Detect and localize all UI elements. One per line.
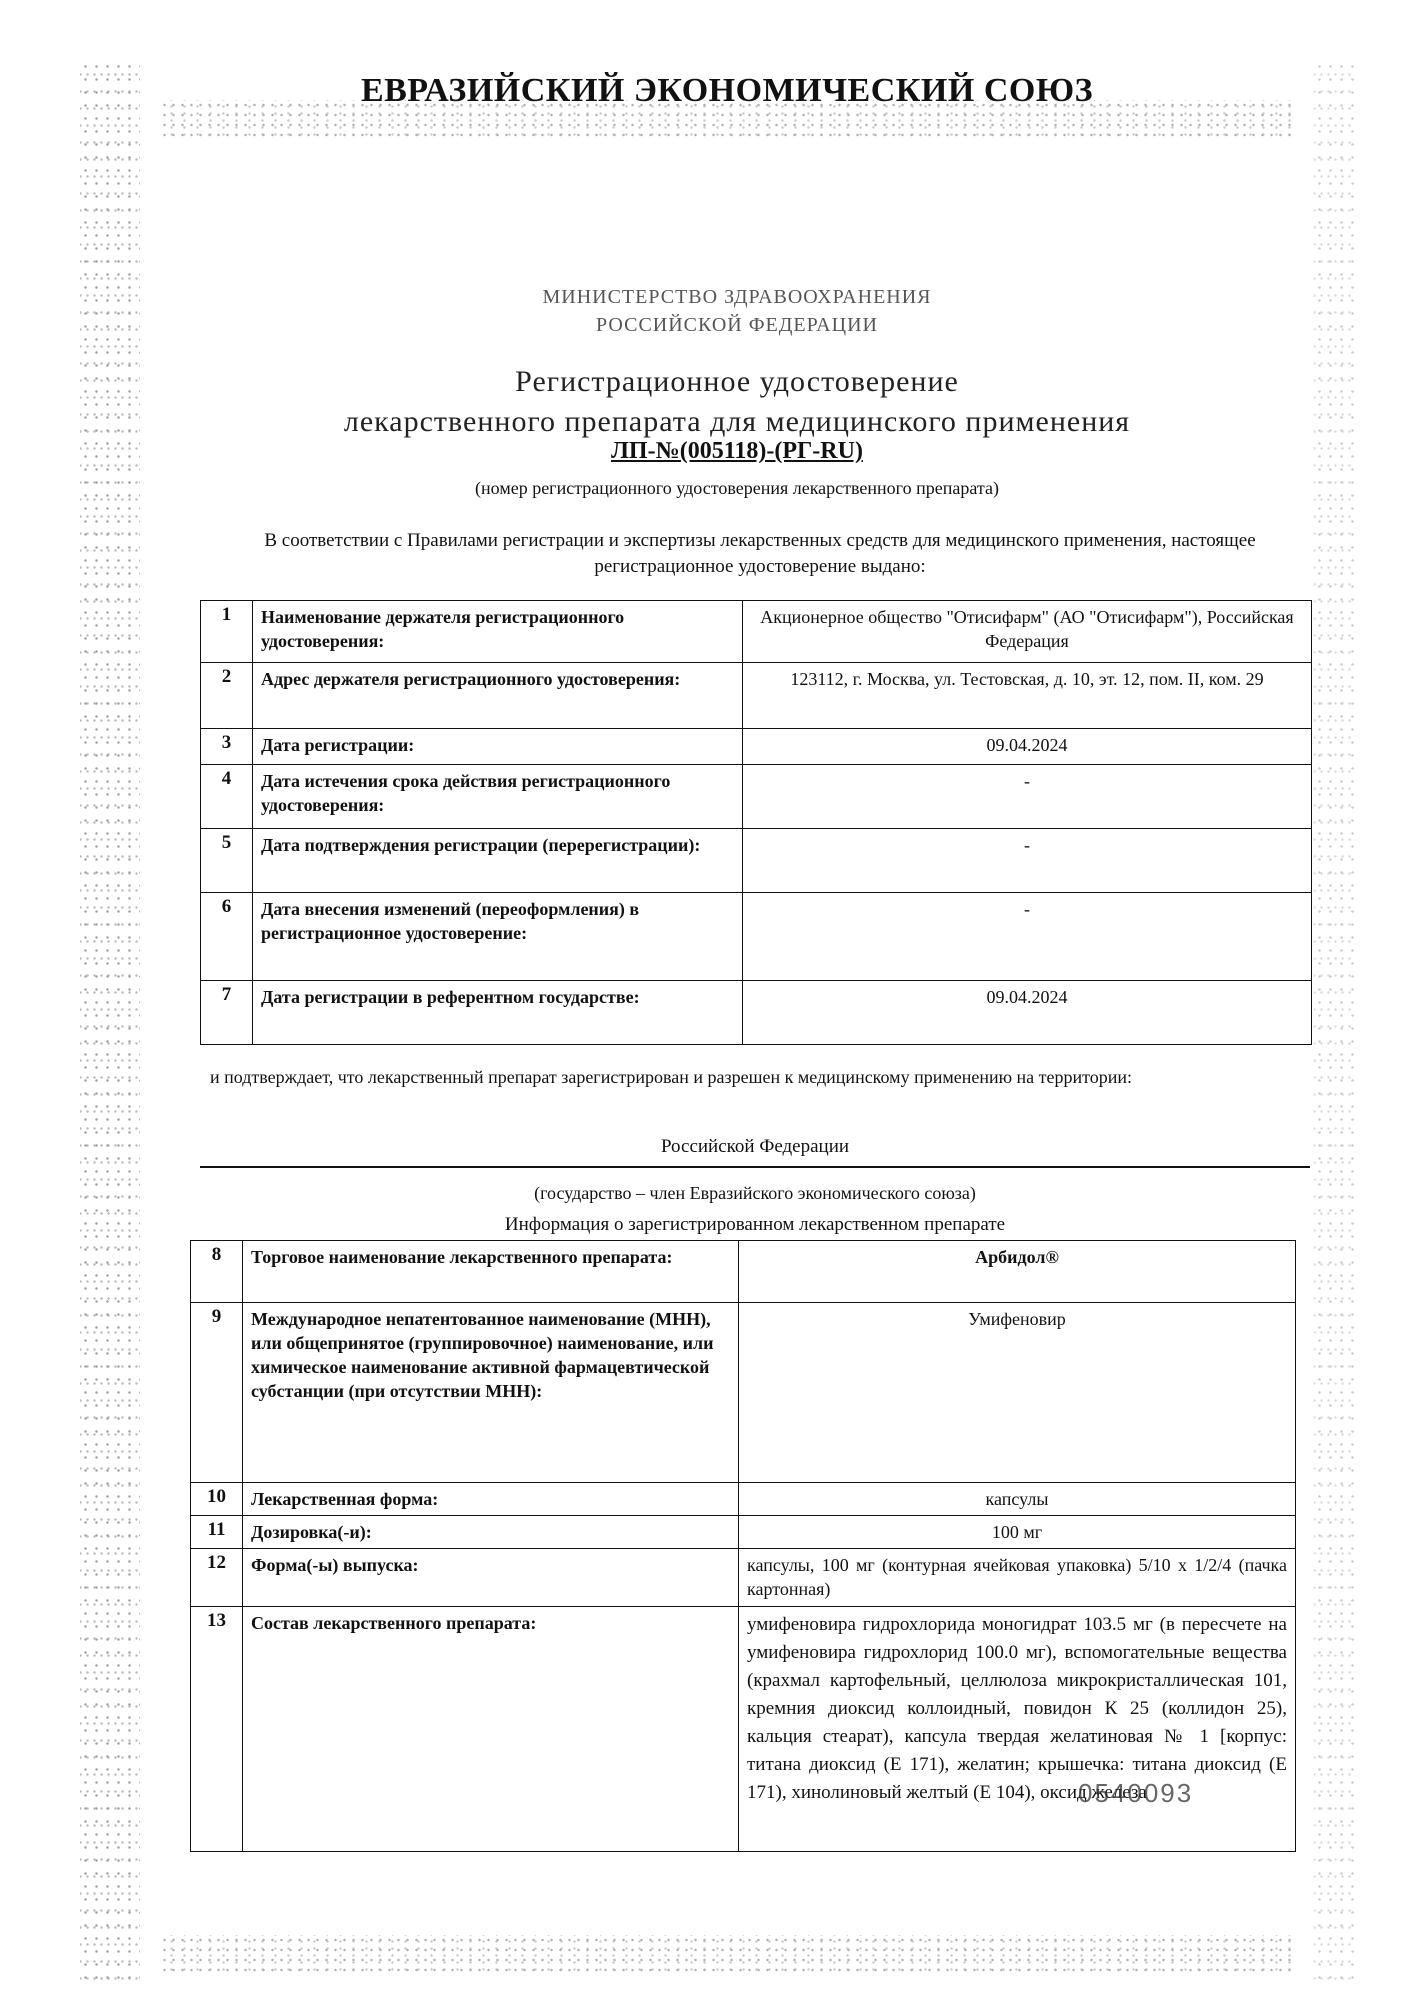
table-row: 10 Лекарственная форма: капсулы [191, 1483, 1296, 1516]
decorative-border-left [80, 60, 140, 1980]
table-row: 2 Адрес держателя регистрационного удост… [201, 663, 1312, 729]
row-value: 100 мг [739, 1516, 1296, 1549]
row-number: 8 [191, 1241, 243, 1303]
table-row: 6 Дата внесения изменений (переоформлени… [201, 893, 1312, 981]
table-row: 3 Дата регистрации: 09.04.2024 [201, 729, 1312, 765]
drug-info-table: 8 Торговое наименование лекарственного п… [190, 1240, 1296, 1852]
row-number: 13 [191, 1607, 243, 1852]
row-value: 123112, г. Москва, ул. Тестовская, д. 10… [743, 663, 1312, 729]
table-row: 13 Состав лекарственного препарата: умиф… [191, 1607, 1296, 1852]
row-number: 12 [191, 1549, 243, 1607]
ministry-name: МИНИСТЕРСТВО ЗДРАВООХРАНЕНИЯ РОССИЙСКОЙ … [0, 283, 1414, 339]
row-label: Торговое наименование лекарственного пре… [243, 1241, 739, 1303]
row-value: капсулы, 100 мг (контурная ячейковая упа… [739, 1549, 1296, 1607]
row-number: 3 [201, 729, 253, 765]
row-number: 11 [191, 1516, 243, 1549]
row-value: умифеновира гидрохлорида моногидрат 103.… [739, 1607, 1296, 1852]
table-row: 1 Наименование держателя регистрационног… [201, 601, 1312, 663]
row-label: Форма(-ы) выпуска: [243, 1549, 739, 1607]
row-value: 09.04.2024 [743, 981, 1312, 1045]
row-label: Дозировка(-и): [243, 1516, 739, 1549]
row-number: 5 [201, 829, 253, 893]
row-value: капсулы [739, 1483, 1296, 1516]
row-value: Акционерное общество "Отисифарм" (АО "От… [743, 601, 1312, 663]
row-label: Дата подтверждения регистрации (перереги… [253, 829, 743, 893]
table-row: 4 Дата истечения срока действия регистра… [201, 765, 1312, 829]
confirmation-paragraph: и подтверждает, что лекарственный препар… [210, 1065, 1310, 1089]
row-value: - [743, 893, 1312, 981]
row-number: 1 [201, 601, 253, 663]
row-label: Состав лекарственного препарата: [243, 1607, 739, 1852]
certificate-number-caption: (номер регистрационного удостоверения ле… [0, 478, 1414, 499]
row-number: 4 [201, 765, 253, 829]
row-number: 7 [201, 981, 253, 1045]
row-label: Лекарственная форма: [243, 1483, 739, 1516]
table-row: 11 Дозировка(-и): 100 мг [191, 1516, 1296, 1549]
ministry-line-1: МИНИСТЕРСТВО ЗДРАВООХРАНЕНИЯ [60, 283, 1414, 311]
row-label: Адрес держателя регистрационного удостов… [253, 663, 743, 729]
table-row: 7 Дата регистрации в референтном государ… [201, 981, 1312, 1045]
row-number: 2 [201, 663, 253, 729]
decorative-border-bottom [160, 1935, 1294, 1975]
row-number: 9 [191, 1303, 243, 1483]
row-number: 6 [201, 893, 253, 981]
row-label: Дата регистрации в референтном государст… [253, 981, 743, 1045]
certificate-title-line-2: лекарственного препарата для медицинског… [60, 402, 1414, 442]
decorative-border-right [1314, 60, 1354, 1980]
form-serial-number: 0540093 [1078, 1778, 1193, 1809]
holder-info-table: 1 Наименование держателя регистрационног… [200, 600, 1312, 1045]
country-caption: (государство – член Евразийского экономи… [200, 1183, 1310, 1204]
row-label: Дата истечения срока действия регистраци… [253, 765, 743, 829]
certificate-title-line-1: Регистрационное удостоверение [60, 362, 1414, 402]
table-row: 9 Международное непатентованное наименов… [191, 1303, 1296, 1483]
ministry-line-2: РОССИЙСКОЙ ФЕДЕРАЦИИ [60, 311, 1414, 339]
row-value: - [743, 829, 1312, 893]
row-value: Умифеновир [739, 1303, 1296, 1483]
union-title: ЕВРАЗИЙСКИЙ ЭКОНОМИЧЕСКИЙ СОЮЗ [0, 72, 1414, 110]
table-row: 8 Торговое наименование лекарственного п… [191, 1241, 1296, 1303]
country-name: Российской Федерации [200, 1136, 1310, 1168]
row-value: Арбидол® [739, 1241, 1296, 1303]
drug-info-heading: Информация о зарегистрированном лекарств… [200, 1214, 1310, 1236]
table-row: 12 Форма(-ы) выпуска: капсулы, 100 мг (к… [191, 1549, 1296, 1607]
row-value: 09.04.2024 [743, 729, 1312, 765]
table-row: 5 Дата подтверждения регистрации (перере… [201, 829, 1312, 893]
row-number: 10 [191, 1483, 243, 1516]
certificate-number: ЛП-№(005118)-(РГ-RU) [0, 438, 1414, 465]
certificate-title: Регистрационное удостоверение лекарствен… [0, 362, 1414, 442]
row-label: Дата регистрации: [253, 729, 743, 765]
row-label: Наименование держателя регистрационного … [253, 601, 743, 663]
row-value: - [743, 765, 1312, 829]
row-label: Дата внесения изменений (переоформления)… [253, 893, 743, 981]
row-label: Международное непатентованное наименован… [243, 1303, 739, 1483]
intro-paragraph: В соответствии с Правилами регистрации и… [240, 528, 1280, 580]
